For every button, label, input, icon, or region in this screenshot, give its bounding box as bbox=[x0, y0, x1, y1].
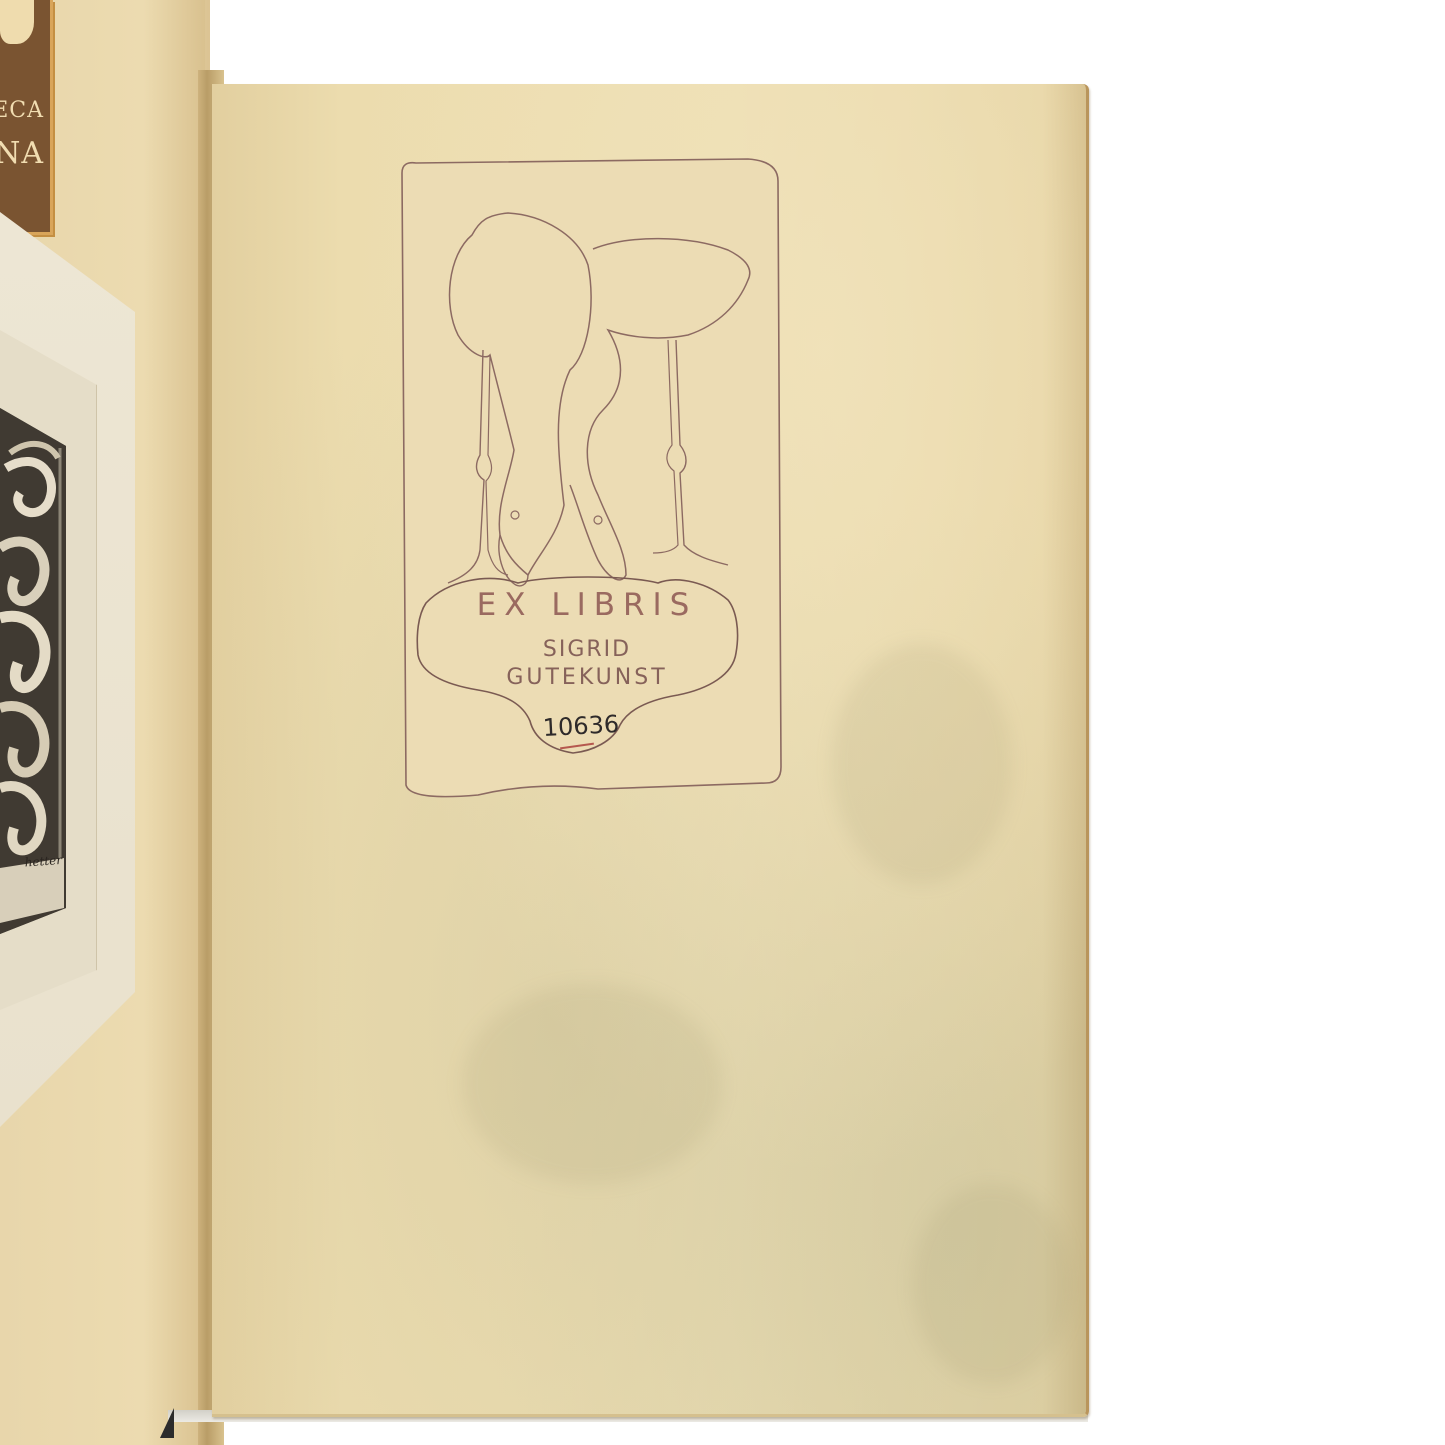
foxing-stain bbox=[462, 984, 722, 1184]
flamingo-illustration-icon bbox=[388, 155, 786, 800]
owner-first-name: SIGRID bbox=[388, 637, 786, 662]
library-label: HECA NA bbox=[0, 0, 53, 235]
inventory-number: 10636 bbox=[535, 710, 626, 743]
ex-libris-title: EX LIBRIS bbox=[388, 587, 786, 623]
label-emblem-icon bbox=[0, 0, 34, 44]
book-photo-scene: HECA NA hetter bbox=[0, 0, 1445, 1445]
foxing-stain bbox=[912, 1184, 1072, 1384]
library-label-line-1: HECA bbox=[0, 98, 44, 123]
owner-last-name: GUTEKUNST bbox=[388, 665, 786, 690]
ex-libris-bookplate: EX LIBRIS SIGRID GUTEKUNST 10636 bbox=[388, 155, 786, 800]
library-label-line-2: NA bbox=[0, 136, 44, 171]
foxing-stain bbox=[832, 644, 1012, 884]
